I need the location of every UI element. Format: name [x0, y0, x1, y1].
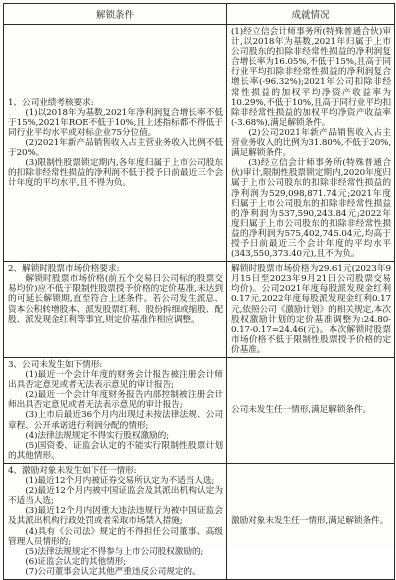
cell-company-violation-achievement: 公司未发生任一情形,满足解锁条件。 — [227, 358, 395, 464]
paragraph: (2)公司2021年新产品销售收入占主营业务收入的比例为31.80%,不低于20… — [231, 128, 391, 158]
table-row-company-violations: 3、公司未发生如下情形: (1)最近一个会计年度的财务会计报告被注册会计师出具否… — [4, 358, 395, 464]
paragraph: (1)最近一个会计年度的财务会计报告被注册会计师出具否定意见或者无法表示意见的审… — [8, 370, 223, 390]
paragraph: (2)最近12个月内被中国证监会及其派出机构认定为不适当人选; — [8, 486, 223, 506]
table-row-grantee-violations: 4、激励对象未发生如下任一情形: (1)最近12个月内被证券交易所认定为不适当人… — [4, 463, 395, 579]
table-header-row: 解锁条件 成就情况 — [4, 4, 395, 25]
paragraph: (1)最近12个月内被证券交易所认定为不适当人选; — [8, 476, 223, 486]
cell-market-price-achievement: 解锁时股票市场价格为29.61元(2023年9月15日至2023年9月21日公司… — [227, 262, 395, 358]
paragraph: (6)证监会认定的其他情形; — [8, 557, 223, 567]
paragraph: (4)法律法规规定不得实行股权激励的; — [8, 431, 223, 441]
paragraph: (1)经立信会计师事务所(特殊普通合伙)审计,以2018年为基数,2021年归属… — [231, 27, 391, 128]
paragraph: (3)最近12个月内因重大违法违规行为被中国证监会及其派出机构行政处罚或者采取市… — [8, 506, 223, 526]
paragraph: (1)以2018年为基数,2021年净利润复合增长率不低于15%,2021年RO… — [8, 108, 223, 138]
column-header-achievement-status: 成就情况 — [227, 4, 395, 25]
paragraph: 解锁时股票市场价格(前五个交易日公司标的股票交易均价)应不低于限制性股票授予价格… — [8, 274, 223, 324]
paragraph: (5)国资委、证监会认定的不能实行限制性股票计划的其他情形。 — [8, 441, 223, 461]
paragraph: (4)具有《公司法》规定的不得担任公司董事、高级管理人员情形的; — [8, 527, 223, 547]
paragraph: (3)限制性股票锁定期内,各年度归属于上市公司股东的扣除非经常性损益的净利润不低… — [8, 158, 223, 188]
scanned-document-page: 解锁条件 成就情况 1、公司业绩考核要求: (1)以2018年为基数,2021年… — [0, 0, 396, 548]
column-header-unlock-conditions: 解锁条件 — [4, 4, 227, 25]
cell-grantee-violation-achievement: 激励对象未发生任一情形,满足解锁条件。 — [227, 463, 395, 579]
paragraph: (5)法律法规规定不得参与上市公司股权激励的; — [8, 547, 223, 557]
table-row-market-price: 2、解锁时股票市场价格要求: 解锁时股票市场价格(前五个交易日公司标的股票交易均… — [4, 262, 395, 358]
paragraph: 公司未发生任一情形,满足解锁条件。 — [231, 405, 391, 415]
cell-performance-achievement: (1)经立信会计师事务所(特殊普通合伙)审计,以2018年为基数,2021年归属… — [227, 25, 395, 262]
paragraph: 3、公司未发生如下情形: — [8, 360, 223, 370]
paragraph: (2)2021年新产品销售收入占主营业务收入比例不低于20%。 — [8, 138, 223, 158]
paragraph: 4、激励对象未发生如下任一情形: — [8, 466, 223, 476]
cell-grantee-violation-conditions: 4、激励对象未发生如下任一情形: (1)最近12个月内被证券交易所认定为不适当人… — [4, 463, 227, 579]
table-row-performance-assessment: 1、公司业绩考核要求: (1)以2018年为基数,2021年净利润复合增长率不低… — [4, 25, 395, 262]
cell-performance-conditions: 1、公司业绩考核要求: (1)以2018年为基数,2021年净利润复合增长率不低… — [4, 25, 227, 262]
paragraph: 激励对象未发生任一情形,满足解锁条件。 — [231, 516, 391, 526]
paragraph: (3)上市后最近36个月内出现过未按法律法规、公司章程、公开承诺进行利润分配的情… — [8, 410, 223, 430]
unlock-conditions-table: 解锁条件 成就情况 1、公司业绩考核要求: (1)以2018年为基数,2021年… — [3, 3, 395, 580]
cell-company-violation-conditions: 3、公司未发生如下情形: (1)最近一个会计年度的财务会计报告被注册会计师出具否… — [4, 358, 227, 464]
paragraph: (2)最近一个会计年度财务报告内部控制被注册会计师出具否定意见或者无法表示意见的… — [8, 390, 223, 410]
paragraph: (7)公司董事会认定其他严重违反公司规定的。 — [8, 567, 223, 577]
paragraph: 1、公司业绩考核要求: — [8, 98, 223, 108]
paragraph: 2、解锁时股票市场价格要求: — [8, 264, 223, 274]
paragraph: (3)经立信会计师事务所(特殊普通合伙)审计,限制性股票锁定期内,2020年度归… — [231, 158, 391, 259]
paragraph: 解锁时股票市场价格为29.61元(2023年9月15日至2023年9月21日公司… — [231, 264, 391, 355]
cell-market-price-conditions: 2、解锁时股票市场价格要求: 解锁时股票市场价格(前五个交易日公司标的股票交易均… — [4, 262, 227, 358]
